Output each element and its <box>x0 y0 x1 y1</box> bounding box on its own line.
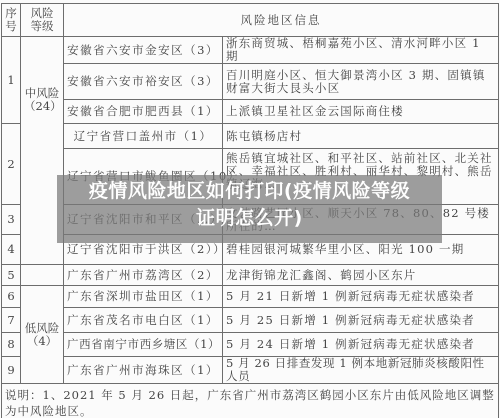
info-cell: 百川明庭小区、恒大御景湾小区 3 期、固镇镇财富大街大艮头小区 <box>223 64 499 100</box>
info-cell: 5 月 24 日新增 1 例新冠病毒无症状感染者 <box>223 333 499 357</box>
seq-cell: 5 <box>2 265 21 286</box>
area-cell: 广东省广州市荔湾区（2） <box>64 265 223 286</box>
area-cell: 广东省茂名市电白区（1） <box>64 308 223 333</box>
table-header-row: 序号 风险等级 风险地区信息 <box>2 4 499 37</box>
info-cell: 5 月 21 日新增 1 例新冠病毒无症状感染者 <box>223 286 499 308</box>
table-note: 说明：1、2021 年 5 月 26 日起，广东省广州市荔湾区鹤园小区东片由低风… <box>2 384 499 418</box>
seq-cell: 7 <box>2 308 21 333</box>
header-level: 风险等级 <box>21 4 64 37</box>
seq-cell: 3 <box>2 205 21 235</box>
seq-cell: 9 <box>2 357 21 384</box>
area-cell: 安徽省六安市金安区（3） <box>64 37 223 64</box>
area-cell: 广东省广州市海珠区（1） <box>64 357 223 384</box>
table-row: 2 辽宁省营口盖州市（1） 陈屯镇杨店村 <box>2 124 499 149</box>
area-cell: 广西省南宁市西乡塘区（1） <box>64 333 223 357</box>
table-note-row: 说明：1、2021 年 5 月 26 日起，广东省广州市荔湾区鹤园小区东片由低风… <box>2 384 499 418</box>
overlay-title-line-1: 疫情风险地区如何打印(疫情风险等级 <box>57 178 442 205</box>
info-cell: 上派镇卫星社区金云国际商住楼 <box>223 100 499 124</box>
table-row: 9 广东省广州市海珠区（1） 5 月 26 日排查发现 1 例本地新冠肺炎核酸阳… <box>2 357 499 384</box>
table-row: 6 低风险 （4） 广东省深圳市盐田区（1） 5 月 21 日新增 1 例新冠病… <box>2 286 499 308</box>
level-count: （4） <box>24 335 60 348</box>
level-label: 低风险 <box>24 322 60 335</box>
seq-cell: 2 <box>2 124 21 205</box>
table-row: 安徽省六安市裕安区（3） 百川明庭小区、恒大御景湾小区 3 期、固镇镇财富大街大… <box>2 64 499 100</box>
header-seq: 序号 <box>2 4 21 37</box>
overlay-title: 疫情风险地区如何打印(疫情风险等级 证明怎么开) <box>57 178 442 232</box>
document-page: 序号 风险等级 风险地区信息 1 中风险 （24） 安徽省六安市金安区（3） 浙… <box>0 0 500 418</box>
area-cell: 安徽省六安市裕安区（3） <box>64 64 223 100</box>
level-cell-blank <box>21 265 64 286</box>
table-row: 7 广东省茂名市电白区（1） 5 月 25 日新增 1 例新冠病毒无症状感染者 <box>2 308 499 333</box>
area-cell: 辽宁省营口盖州市（1） <box>64 124 223 149</box>
overlay-title-line-2: 证明怎么开) <box>57 205 442 232</box>
info-cell: 5 月 25 日新增 1 例新冠病毒无症状感染者 <box>223 308 499 333</box>
table-row: 安徽省合肥市肥西县（1） 上派镇卫星社区金云国际商住楼 <box>2 100 499 124</box>
area-cell: 广东省深圳市盐田区（1） <box>64 286 223 308</box>
table-row: 5 广东省广州市荔湾区（2） 龙津街锦龙汇鑫阁、鹤园小区东片 <box>2 265 499 286</box>
info-cell: 龙津街锦龙汇鑫阁、鹤园小区东片 <box>223 265 499 286</box>
seq-cell: 1 <box>2 37 21 124</box>
header-info: 风险地区信息 <box>64 4 499 37</box>
level-cell-low: 低风险 （4） <box>21 286 64 384</box>
level-count: （24） <box>24 100 60 113</box>
info-cell: 5 月 26 日排查发现 1 例本地新冠肺炎核酸阳性人员 <box>223 357 499 384</box>
table-row: 8 广西省南宁市西乡塘区（1） 5 月 24 日新增 1 例新冠病毒无症状感染者 <box>2 333 499 357</box>
seq-cell: 4 <box>2 235 21 265</box>
table-row: 1 中风险 （24） 安徽省六安市金安区（3） 浙东商贸城、梧桐嘉苑小区、清水河… <box>2 37 499 64</box>
info-cell: 浙东商贸城、梧桐嘉苑小区、清水河畔小区 1 期 <box>223 37 499 64</box>
info-cell: 陈屯镇杨店村 <box>223 124 499 149</box>
area-cell: 安徽省合肥市肥西县（1） <box>64 100 223 124</box>
seq-cell: 8 <box>2 333 21 357</box>
seq-cell: 6 <box>2 286 21 308</box>
